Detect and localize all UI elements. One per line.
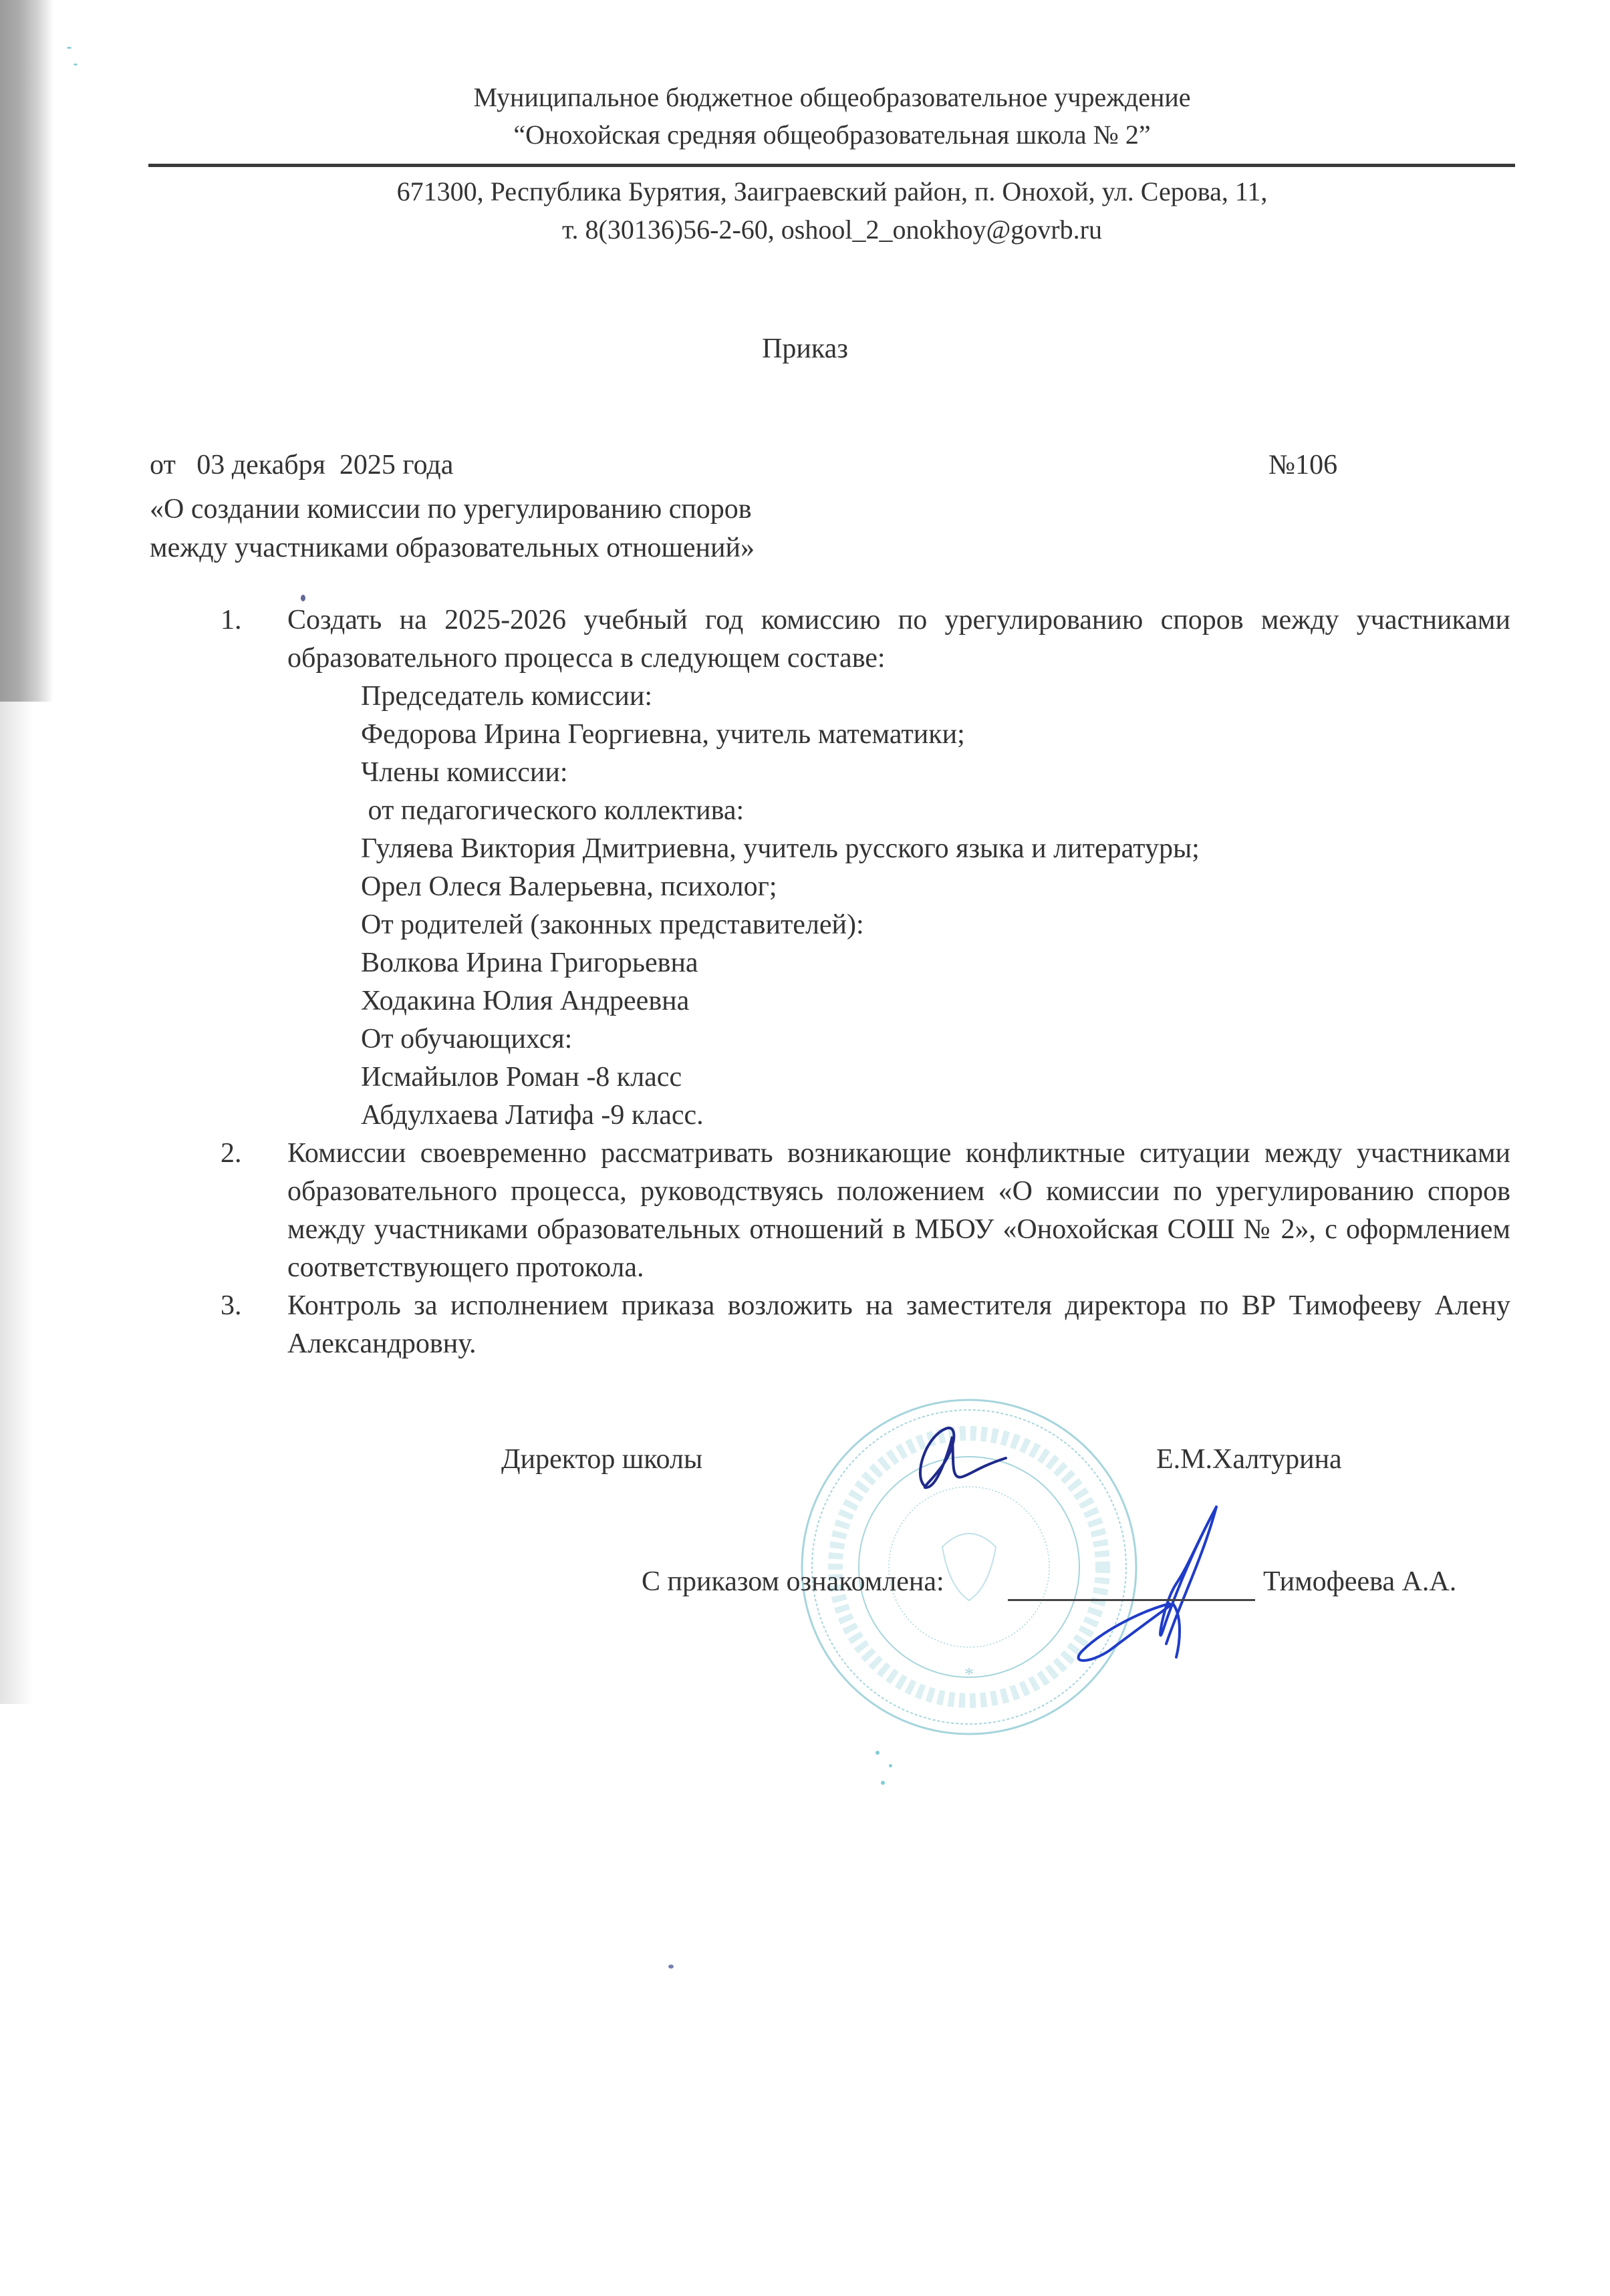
order-item-2: 2. Комиссии своевременно рассматривать в… bbox=[221, 1135, 1510, 1287]
item-number: 1. bbox=[221, 601, 242, 639]
member-line: Гуляева Виктория Дмитриевна, учитель рус… bbox=[361, 830, 1510, 868]
order-item-1: 1. Создать на 2025-2026 учебный год коми… bbox=[221, 601, 1510, 1135]
org-name-line2: “Онохойская средняя общеобразовательная … bbox=[147, 116, 1517, 154]
scan-speck bbox=[889, 1764, 892, 1767]
letterhead-divider bbox=[148, 164, 1515, 167]
member-line: Члены комиссии: bbox=[361, 754, 1510, 792]
member-line: Абдулхаева Латифа -9 класс. bbox=[361, 1097, 1510, 1135]
order-number: №106 bbox=[1268, 449, 1337, 481]
signature-line bbox=[1008, 1599, 1255, 1601]
item-text: Создать на 2025-2026 учебный год комисси… bbox=[287, 601, 1510, 678]
scan-speck bbox=[881, 1781, 885, 1785]
subject-line2: между участниками образовательных отноше… bbox=[150, 529, 755, 567]
org-name-line1: Муниципальное бюджетное общеобразователь… bbox=[147, 79, 1517, 116]
letterhead: Муниципальное бюджетное общеобразователь… bbox=[147, 79, 1517, 154]
address-block: 671300, Республика Бурятия, Заиграевский… bbox=[147, 172, 1517, 249]
scan-speck bbox=[74, 63, 78, 65]
director-signature-icon bbox=[899, 1423, 1013, 1497]
member-line: От родителей (законных представителей): bbox=[361, 906, 1510, 944]
document-title: Приказ bbox=[0, 333, 1610, 365]
item-number: 2. bbox=[221, 1135, 242, 1173]
scan-speck bbox=[668, 1965, 674, 1969]
scan-speck bbox=[67, 47, 72, 49]
item-text: Комиссии своевременно рассматривать возн… bbox=[287, 1135, 1510, 1287]
member-line: Исмайылов Роман -8 класс bbox=[361, 1058, 1510, 1097]
address-line1: 671300, Республика Бурятия, Заиграевский… bbox=[147, 172, 1517, 210]
order-subject: «О создании комиссии по урегулированию с… bbox=[150, 490, 755, 567]
scan-speck bbox=[301, 595, 305, 601]
svg-text:*: * bbox=[964, 1665, 974, 1685]
member-line: Ходакина Юлия Андреевна bbox=[361, 982, 1510, 1020]
director-title: Директор школы bbox=[501, 1443, 702, 1475]
commission-members: Председатель комиссии: Федорова Ирина Ге… bbox=[287, 678, 1510, 1135]
subject-line1: «О создании комиссии по урегулированию с… bbox=[150, 490, 755, 529]
member-line: Волкова Ирина Григорьевна bbox=[361, 944, 1510, 982]
member-line: Председатель комиссии: bbox=[361, 678, 1510, 716]
item-text: Контроль за исполнением приказа возложит… bbox=[287, 1287, 1510, 1363]
member-line: от педагогического коллектива: bbox=[361, 792, 1510, 830]
acknowledgement-name: Тимофеева А.А. bbox=[1263, 1566, 1456, 1598]
member-line: Орел Олеся Валерьевна, психолог; bbox=[361, 868, 1510, 906]
member-line: От обучающихся: bbox=[361, 1020, 1510, 1058]
director-name: Е.М.Халтурина bbox=[1156, 1443, 1342, 1475]
scanner-edge-shadow-lower bbox=[0, 702, 33, 1704]
acknowledgement-label: С приказом ознакомлена: bbox=[642, 1566, 944, 1598]
order-item-3: 3. Контроль за исполнением приказа возло… bbox=[221, 1287, 1510, 1363]
scan-speck bbox=[876, 1751, 880, 1755]
item-number: 3. bbox=[221, 1287, 242, 1325]
order-items: 1. Создать на 2025-2026 учебный год коми… bbox=[221, 601, 1510, 1363]
ack-signature-icon bbox=[1063, 1503, 1243, 1664]
document-page: Муниципальное бюджетное общеобразователь… bbox=[0, 0, 1610, 2296]
address-line2: т. 8(30136)56-2-60, oshool_2_onokhoy@gov… bbox=[147, 210, 1517, 249]
member-line: Федорова Ирина Георгиевна, учитель матем… bbox=[361, 716, 1510, 754]
order-date: от 03 декабря 2025 года bbox=[150, 449, 453, 481]
